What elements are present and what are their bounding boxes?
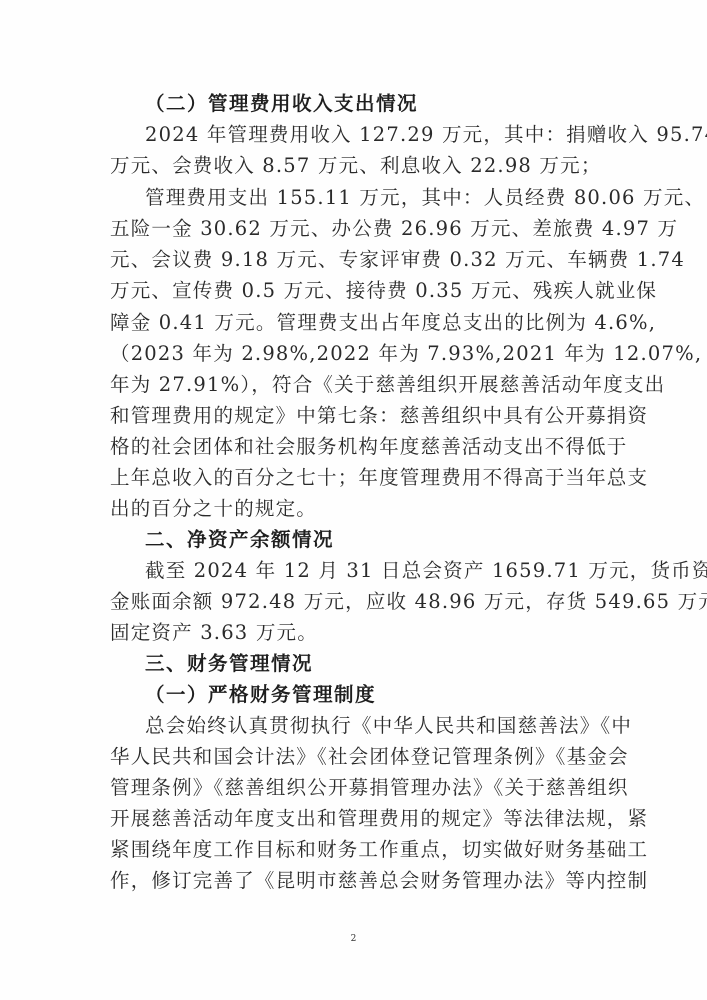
page-number: 2	[0, 934, 707, 944]
paragraph-line: 金账面余额 972.48 万元，应收 48.96 万元，存货 549.65 万元…	[110, 590, 600, 614]
paragraph-line: 总会始终认真贯彻执行《中华人民共和国慈善法》《中	[145, 714, 600, 738]
section-heading: 三、财务管理情况	[145, 652, 600, 676]
paragraph-line: 2024 年管理费用收入 127.29 万元，其中：捐赠收入 95.74	[145, 123, 600, 147]
paragraph-line: （2023 年为 2.98%,2022 年为 7.93%,2021 年为 12.…	[110, 342, 600, 366]
paragraph-line: 固定资产 3.63 万元。	[110, 621, 600, 645]
paragraph-line: 格的社会团体和社会服务机构年度慈善活动支出不得低于	[110, 435, 600, 459]
paragraph-line: 年为 27.91%），符合《关于慈善组织开展慈善活动年度支出	[110, 373, 600, 397]
paragraph-line: 五险一金 30.62 万元、办公费 26.96 万元、差旅费 4.97 万	[110, 217, 600, 241]
paragraph-line: 障金 0.41 万元。管理费支出占年度总支出的比例为 4.6%,	[110, 311, 600, 335]
paragraph-line: 万元、宣传费 0.5 万元、接待费 0.35 万元、残疾人就业保	[110, 279, 600, 303]
paragraph-line: 开展慈善活动年度支出和管理费用的规定》等法律法规，紧	[110, 807, 600, 831]
paragraph-line: 管理条例》《慈善组织公开募捐管理办法》《关于慈善组织	[110, 776, 600, 800]
paragraph-line: 截至 2024 年 12 月 31 日总会资产 1659.71 万元，货币资	[145, 559, 600, 583]
paragraph-line: 和管理费用的规定》中第七条：慈善组织中具有公开募捐资	[110, 404, 600, 428]
paragraph-line: 万元、会费收入 8.57 万元、利息收入 22.98 万元；	[110, 154, 600, 178]
section-heading: （一）严格财务管理制度	[145, 683, 600, 707]
section-heading: （二）管理费用收入支出情况	[145, 92, 600, 116]
paragraph-line: 上年总收入的百分之七十；年度管理费用不得高于当年总支	[110, 466, 600, 490]
paragraph-line: 管理费用支出 155.11 万元，其中：人员经费 80.06 万元、	[145, 186, 600, 210]
paragraph-line: 出的百分之十的规定。	[110, 497, 600, 521]
section-heading: 二、净资产余额情况	[145, 528, 600, 552]
paragraph-line: 紧围绕年度工作目标和财务工作重点，切实做好财务基础工	[110, 838, 600, 862]
document-page: （二）管理费用收入支出情况2024 年管理费用收入 127.29 万元，其中：捐…	[0, 0, 707, 1000]
paragraph-line: 元、会议费 9.18 万元、专家评审费 0.32 万元、车辆费 1.74	[110, 248, 600, 272]
paragraph-line: 华人民共和国会计法》《社会团体登记管理条例》《基金会	[110, 745, 600, 769]
paragraph-line: 作，修订完善了《昆明市慈善总会财务管理办法》等内控制	[110, 869, 600, 893]
